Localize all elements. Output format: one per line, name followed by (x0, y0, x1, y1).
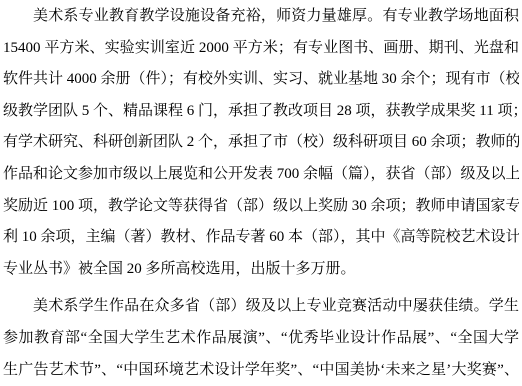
paragraph-faculty-facilities: 美术系专业教育教学设施设备充裕，师资力量雄厚。有专业教学场地面积 15400 平… (3, 1, 519, 285)
document-page: 美术系专业教育教学设施设备充裕，师资力量雄厚。有专业教学场地面积 15400 平… (0, 0, 522, 386)
text-line: 美术系专业教育教学设施设备充裕，师资力量雄厚。有专业教学场地面积 (3, 1, 519, 33)
text-line: 15400 平方米、实验实训室近 2000 平方米；有专业图书、画册、期刊、光盘… (3, 33, 519, 65)
text-line: 专业丛书》被全国 20 多所高校选用，出版十多万册。 (3, 254, 519, 286)
text-line: 参加教育部“全国大学生艺术作品展演”、“优秀毕业设计作品展”、“全国大学 (3, 323, 519, 355)
text-line: 软件共计 4000 余册（件）；有校外实训、实习、就业基地 30 余个；现有市（… (3, 64, 519, 96)
text-line: 作品和论文参加市级以上展览和公开发表 700 余幅（篇），获省（部）级及以上 (3, 159, 519, 191)
text-line: 奖励近 100 项，教学论文等获得省（部）级以上奖励 30 余项；教师申请国家专 (3, 191, 519, 223)
paragraph-student-awards: 美术系学生作品在众多省（部）级及以上专业竞赛活动中屡获佳绩。学生 参加教育部“全… (3, 291, 519, 386)
text-line: 有学术研究、科研创新团队 2 个，承担了市（校）级科研项目 60 余项；教师的 (3, 127, 519, 159)
text-line: 生广告艺术节”、“中国环境艺术设计学年奖”、“中国美协‘未来之星’大奖赛”、 (3, 355, 519, 386)
text-line: 美术系学生作品在众多省（部）级及以上专业竞赛活动中屡获佳绩。学生 (3, 291, 519, 323)
text-line: 利 10 余项，主编（著）教材、作品专著 60 本（部），其中《高等院校艺术设计 (3, 222, 519, 254)
text-line: 级教学团队 5 个、精品课程 6 门，承担了教改项目 28 项，获教学成果奖 1… (3, 96, 519, 128)
